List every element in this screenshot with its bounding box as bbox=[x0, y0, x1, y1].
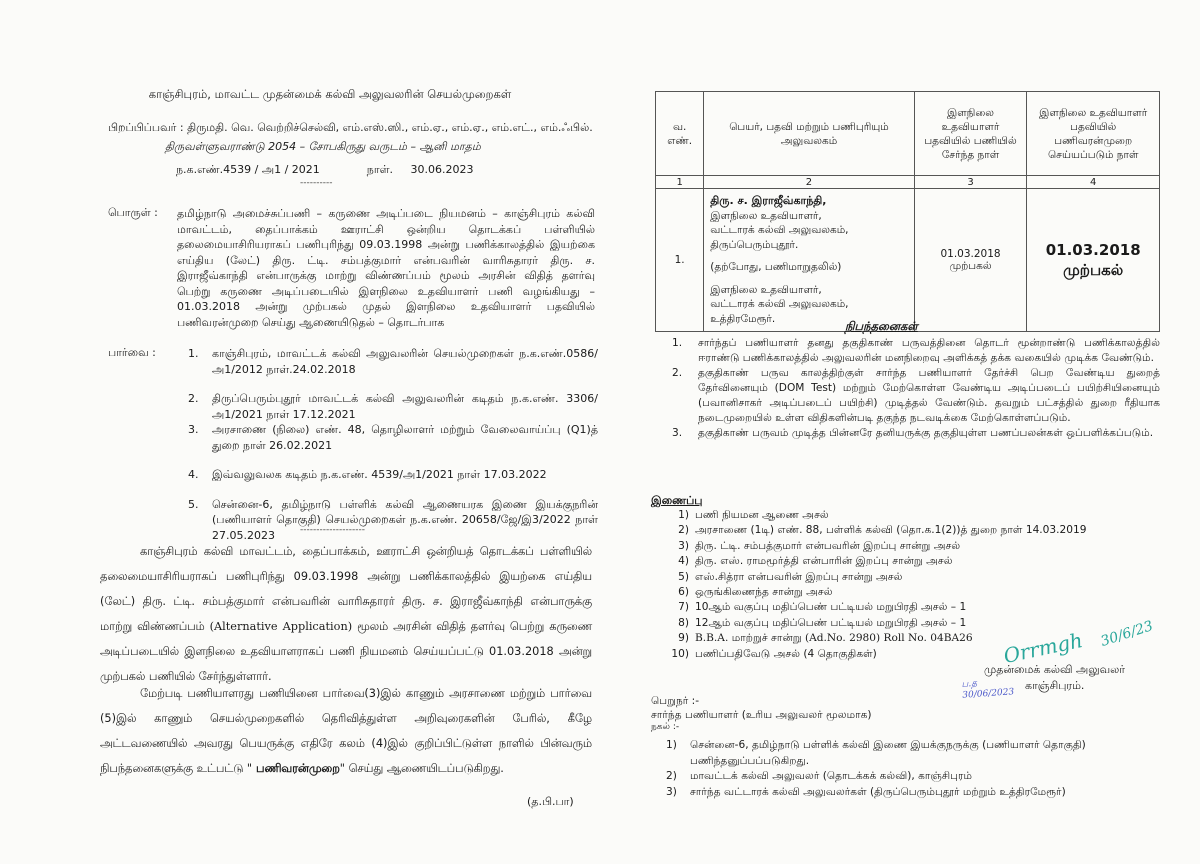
table-header-row: வ. எண். பெயர், பதவி மற்றும் பணிபுரியும் … bbox=[656, 92, 1160, 176]
reference-item: 2.திருப்பெரும்புதூர் மாவட்டக் கல்வி அலுவ… bbox=[188, 391, 598, 422]
reference-item: 3.அரசாணை (நிலை) எண். 48, தொழிலாளர் மற்று… bbox=[188, 422, 598, 453]
conditions-title: நிபந்தனைகள் bbox=[845, 319, 918, 335]
date-label: நாள். bbox=[367, 163, 393, 176]
enclosure-item: 6)ஒருங்கிணைந்த சான்று அசல் bbox=[671, 585, 1086, 600]
regularisation-table: வ. எண். பெயர், பதவி மற்றும் பணிபுரியும் … bbox=[655, 91, 1160, 332]
reference-item: 5.சென்னை-6, தமிழ்நாடு பள்ளிக் கல்வி ஆணைய… bbox=[188, 497, 598, 544]
condition-item: 1.சார்ந்தப் பணியாளர் தனது தகுதிகாண் பருவ… bbox=[672, 336, 1160, 366]
page-continued-mark: (த.பி.பா) bbox=[527, 795, 574, 810]
subject-text: தமிழ்நாடு அமைச்சுப்பணி – கருணை அடிப்படை … bbox=[177, 206, 595, 330]
joined-date: 01.03.2018 முற்பகல் bbox=[914, 189, 1027, 332]
body-paragraph-2: மேற்படி பணியாளரது பணியினை பார்வை(3)இல் க… bbox=[100, 681, 592, 781]
officer-place: காஞ்சிபுரம். bbox=[1025, 679, 1084, 694]
enclosure-item: 1)பணி நியமன ஆணை அசல் bbox=[671, 508, 1086, 523]
enclosure-item: 2)அரசாணை (1டி) எண். 88, பள்ளிக் கல்வி (த… bbox=[671, 523, 1086, 538]
issue-date: 30.06.2023 bbox=[411, 163, 474, 176]
serial-number: 1. bbox=[656, 189, 704, 332]
column-header: வ. எண். bbox=[656, 92, 704, 176]
column-header: பெயர், பதவி மற்றும் பணிபுரியும் அலுவலகம் bbox=[704, 92, 914, 176]
divider: ---------- bbox=[300, 178, 332, 188]
copy-item: 1)சென்னை-6, தமிழ்நாடு பள்ளிக் கல்வி இணை … bbox=[666, 738, 1166, 769]
regularised-date: 01.03.2018 முற்பகல் bbox=[1027, 189, 1160, 332]
issuer-name: திருமதி. வெ. வெற்றிச்செல்வி, எம்.எஸ்.ஸி.… bbox=[187, 121, 593, 134]
enclosure-item: 5)எஸ்.சித்ரா என்பவரின் இறப்பு சான்று அசல… bbox=[671, 570, 1086, 585]
body-paragraph-1: காஞ்சிபுரம் கல்வி மாவட்டம், தைப்பாக்கம்,… bbox=[100, 539, 592, 689]
column-header: இளநிலை உதவியாளர் பதவியில் பணிவரன்முறை செ… bbox=[1027, 92, 1160, 176]
recipient-label: பெறுநர் :- bbox=[651, 695, 699, 708]
reference-item: 4.இவ்வலுவலக கடிதம் ந.க.எண். 4539/அ1/2021… bbox=[188, 467, 598, 483]
divider: -------------------- bbox=[300, 525, 365, 535]
condition-item: 2.தகுதிகாண் பருவ காலத்திற்குள் சார்ந்த ப… bbox=[672, 366, 1160, 426]
document-page: காஞ்சிபுரம், மாவட்ட முதன்மைக் கல்வி அலுவ… bbox=[0, 0, 1200, 864]
copy-item: 3)சார்ந்த வட்டாரக் கல்வி அலுவலர்கள் (திர… bbox=[666, 785, 1166, 801]
enclosure-item: 7)10ஆம் வகுப்பு மதிப்பெண் பட்டியல் மறுபி… bbox=[671, 600, 1086, 615]
enclosure-item: 8)12ஆம் வகுப்பு மதிப்பெண் பட்டியல் மறுபி… bbox=[671, 616, 1086, 631]
office-title: காஞ்சிபுரம், மாவட்ட முதன்மைக் கல்வி அலுவ… bbox=[140, 87, 520, 103]
initial-mark: ப.த 30/06/2023 bbox=[961, 676, 1014, 702]
references-label: பார்வை : bbox=[108, 346, 156, 361]
reference-number-line: ந.க.எண்.4539 / அ1 / 2021 நாள். 30.06.202… bbox=[176, 163, 473, 178]
employee-name: திரு. ச. இராஜீவ்காந்தி, bbox=[710, 194, 907, 209]
issuer-line: பிறப்பிப்பவர் : திருமதி. வெ. வெற்றிச்செல… bbox=[108, 121, 593, 136]
issuer-label: பிறப்பிப்பவர் : bbox=[108, 121, 184, 134]
column-header: இளநிலை உதவியாளர் பதவியில் பணியில் சேர்ந்… bbox=[914, 92, 1027, 176]
subject-label: பொருள் : bbox=[108, 206, 158, 221]
condition-item: 3.தகுதிகாண் பருவம் முடித்த பின்னரே தனியர… bbox=[672, 426, 1160, 441]
conditions-list: 1.சார்ந்தப் பணியாளர் தனது தகுதிகாண் பருவ… bbox=[672, 336, 1160, 441]
copy-label: நகல் :- bbox=[651, 722, 679, 733]
recipient: சார்ந்த பணியாளர் (உரிய அலுவலர் மூலமாக) bbox=[651, 709, 872, 722]
enclosure-item: 4)திரு. எஸ். ராமமூர்த்தி என்பாரின் இறப்ப… bbox=[671, 554, 1086, 569]
reference-number: ந.க.எண்.4539 / அ1 / 2021 bbox=[176, 163, 320, 176]
references-list: 1.காஞ்சிபுரம், மாவட்டக் கல்வி அலுவலரின் … bbox=[188, 346, 598, 543]
table-row: 1. திரு. ச. இராஜீவ்காந்தி, இளநிலை உதவியா… bbox=[656, 189, 1160, 332]
tamil-year-line: திருவள்ளுவராண்டு 2054 – சோபகிருது வருடம்… bbox=[165, 140, 481, 155]
enclosure-item: 3)திரு. ட்டி. சம்பத்குமார் என்பவரின் இறப… bbox=[671, 539, 1086, 554]
copy-list: 1)சென்னை-6, தமிழ்நாடு பள்ளிக் கல்வி இணை … bbox=[666, 738, 1166, 800]
employee-details: திரு. ச. இராஜீவ்காந்தி, இளநிலை உதவியாளர்… bbox=[704, 189, 914, 332]
handwritten-signature-date: 30/6/23 bbox=[1099, 618, 1155, 650]
copy-item: 2)மாவட்டக் கல்வி அலுவலர் (தொடக்கக் கல்வி… bbox=[666, 769, 1166, 785]
reference-item: 1.காஞ்சிபுரம், மாவட்டக் கல்வி அலுவலரின் … bbox=[188, 346, 598, 377]
enclosures-title: இணைப்பு bbox=[651, 494, 702, 509]
column-index-row: 1 2 3 4 bbox=[656, 176, 1160, 189]
